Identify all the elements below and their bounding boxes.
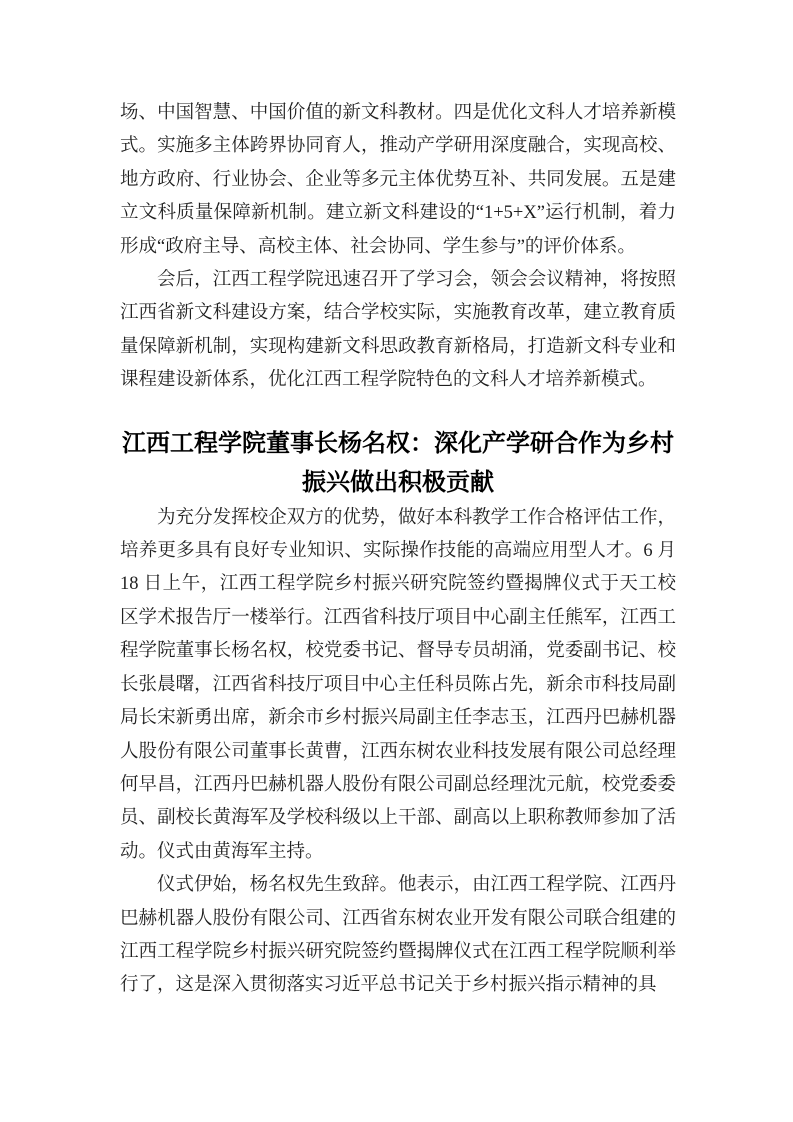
paragraph-study-meeting: 会后，江西工程学院迅速召开了学习会，领会会议精神，将按照江西省新文科建设方案，结… — [120, 264, 676, 398]
document-page: 场、中国智慧、中国价值的新文科教材。四是优化文科人才培养新模式。实施多主体跨界协… — [0, 0, 793, 1122]
paragraph-opening-speech: 仪式伊始，杨名权先生致辞。他表示，由江西工程学院、江西丹巴赫机器人股份有限公司、… — [120, 869, 676, 1003]
paragraph-new-liberal-arts-continuation: 场、中国智慧、中国价值的新文科教材。四是优化文科人才培养新模式。实施多主体跨界协… — [120, 97, 676, 264]
article-title: 江西工程学院董事长杨名权：深化产学研合作为乡村振兴做出积极贡献 — [120, 424, 676, 502]
paragraph-ceremony-attendees: 为充分发挥校企双方的优势，做好本科教学工作合格评估工作，培养更多具有良好专业知识… — [120, 502, 676, 869]
